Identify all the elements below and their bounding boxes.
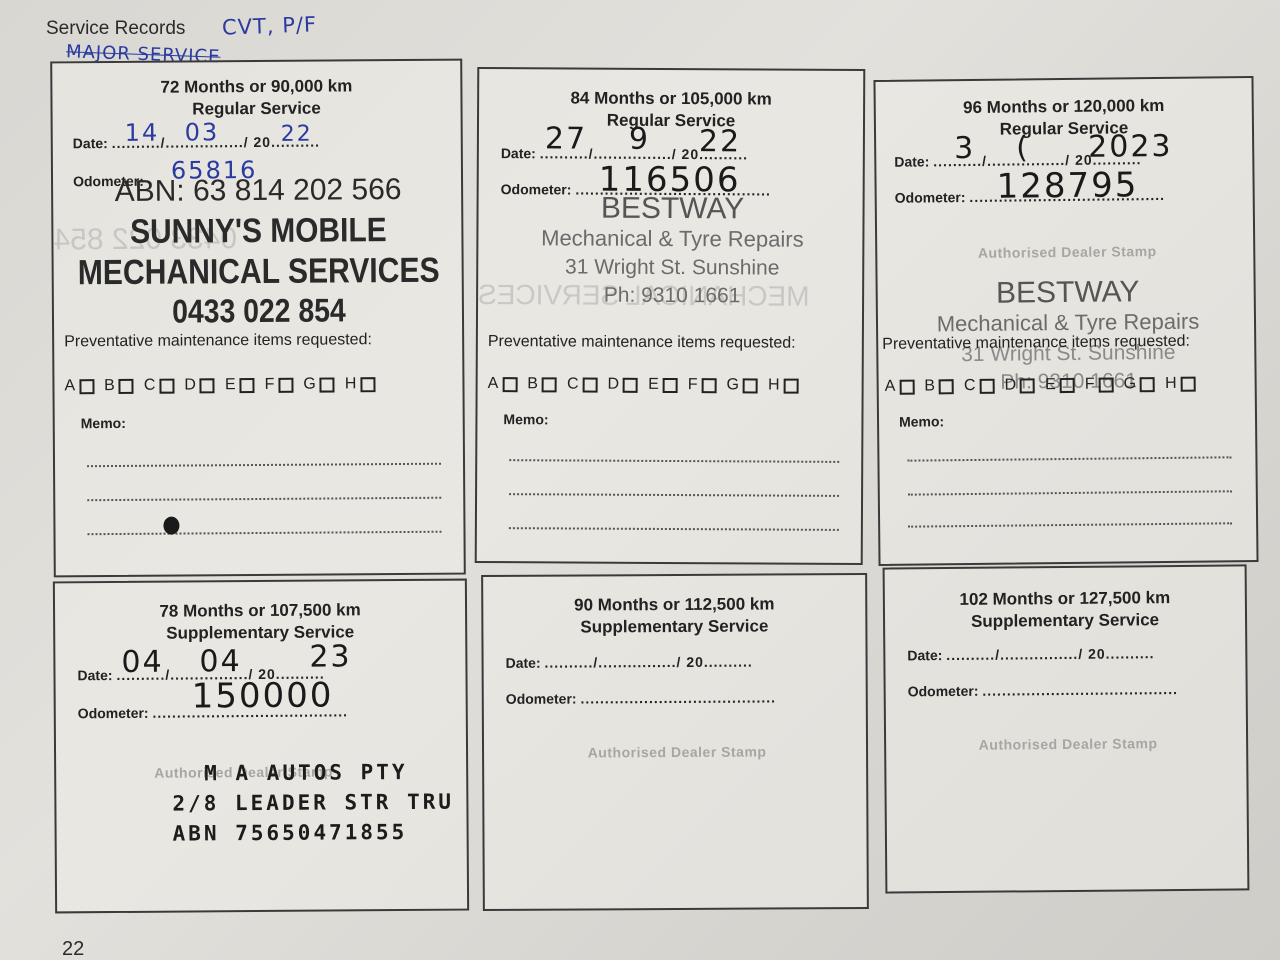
memo-line[interactable] <box>87 497 441 501</box>
date-year[interactable]: 22 <box>281 122 313 147</box>
authorised-dealer-stamp-label: Authorised Dealer Stamp <box>886 734 1250 753</box>
stamp-business-name-1: SUNNY'S MOBILE <box>78 211 439 253</box>
card-service-type: Supplementary Service <box>885 608 1245 633</box>
odometer-label: Odometer: <box>895 189 966 206</box>
stamp-line-2: 2/8 LEADER STR TRU <box>172 787 454 820</box>
checkbox-h[interactable] <box>1181 376 1196 391</box>
checkbox-e[interactable] <box>663 377 678 392</box>
stamp-abn: ABN: 63 814 202 566 <box>53 173 463 210</box>
date-day[interactable]: 3 <box>954 131 975 166</box>
checkbox-e[interactable] <box>1060 377 1075 392</box>
memo-line[interactable] <box>908 522 1232 527</box>
card-interval: 78 Months or 107,500 km <box>55 599 465 624</box>
stamp-line-3: ABN 75650471855 <box>173 817 408 850</box>
checkbox-f[interactable] <box>702 378 717 393</box>
checkbox-h[interactable] <box>360 377 375 392</box>
checkbox-d[interactable] <box>1020 378 1035 393</box>
checkbox-g[interactable] <box>1140 377 1155 392</box>
date-blank[interactable]: ........../................/ 20.........… <box>946 645 1154 663</box>
stamp-business-name-2: MECHANICAL SERVICES <box>74 251 444 294</box>
memo-line[interactable] <box>509 493 839 497</box>
checkbox-g[interactable] <box>743 378 758 393</box>
memo-line[interactable] <box>87 463 441 467</box>
memo-line[interactable] <box>87 531 441 535</box>
checkbox-d[interactable] <box>200 378 215 393</box>
service-card-72-months: 72 Months or 90,000 km Regular Service D… <box>50 59 466 578</box>
service-card-78-months: 78 Months or 107,500 km Supplementary Se… <box>53 579 469 914</box>
odometer-blank[interactable]: ........................................ <box>982 681 1178 699</box>
date-month[interactable]: 04 <box>199 644 241 679</box>
stamp-business-name: BESTWAY <box>878 274 1258 312</box>
checkbox-g[interactable] <box>320 377 335 392</box>
odometer-value[interactable]: 150000 <box>192 675 334 716</box>
stamp-subtitle: Mechanical & Tyre Repairs <box>478 225 866 253</box>
checkbox-b[interactable] <box>939 379 954 394</box>
pm-requested-label: Preventative maintenance items requested… <box>488 333 796 353</box>
memo-label: Memo: <box>81 415 126 431</box>
pm-checkbox-row: A B C D E F G H <box>885 375 1202 396</box>
authorised-dealer-stamp-label: Authorised Dealer Stamp <box>877 242 1257 262</box>
memo-label: Memo: <box>899 413 944 429</box>
stamp-business-name: BESTWAY <box>478 191 866 227</box>
checkbox-c[interactable] <box>980 378 995 393</box>
date-month[interactable]: 9 <box>629 122 650 157</box>
card-interval: 84 Months or 105,000 km <box>479 87 863 111</box>
ink-smudge <box>163 517 179 535</box>
date-day[interactable]: 27 <box>545 121 587 156</box>
pm-requested-label: Preventative maintenance items requested… <box>64 331 372 351</box>
date-month[interactable]: ( <box>1016 130 1030 165</box>
checkbox-c[interactable] <box>159 378 174 393</box>
checkbox-a[interactable] <box>502 377 517 392</box>
card-interval: 72 Months or 90,000 km <box>52 75 460 100</box>
service-card-84-months: 84 Months or 105,000 km Regular Service … <box>475 67 866 565</box>
checkbox-f[interactable] <box>278 377 293 392</box>
checkbox-b[interactable] <box>542 377 557 392</box>
authorised-dealer-stamp-label: Authorised Dealer Stamp <box>484 743 870 761</box>
checkbox-h[interactable] <box>784 378 799 393</box>
checkbox-f[interactable] <box>1099 377 1114 392</box>
odometer-label: Odometer: <box>506 691 577 707</box>
handwritten-note: CVT, P/F <box>222 12 318 39</box>
pm-requested-label: Preventative maintenance items requested… <box>882 333 1190 354</box>
card-service-type: Supplementary Service <box>55 621 465 646</box>
date-month[interactable]: 03 <box>185 118 220 146</box>
odometer-label: Odometer: <box>78 705 149 721</box>
stamp-phone: 0433 022 854 <box>83 291 436 331</box>
date-label: Date: <box>73 135 108 151</box>
memo-line[interactable] <box>908 490 1232 495</box>
date-label: Date: <box>77 667 112 683</box>
date-year[interactable]: 2023 <box>1088 129 1173 165</box>
date-day[interactable]: 04 <box>121 645 163 680</box>
date-blank[interactable]: ........../................/ 20.........… <box>544 654 752 671</box>
odometer-value[interactable]: 128795 <box>996 165 1138 206</box>
date-year[interactable]: 23 <box>309 639 351 674</box>
checkbox-d[interactable] <box>623 377 638 392</box>
pm-checkbox-row: A B C D E F G H <box>488 375 805 395</box>
card-service-type: Supplementary Service <box>483 615 865 639</box>
odometer-blank[interactable]: ........................................ <box>580 689 776 706</box>
date-day[interactable]: 14 <box>125 119 160 147</box>
checkbox-e[interactable] <box>240 378 255 393</box>
date-year[interactable]: 22 <box>699 124 741 159</box>
checkbox-a[interactable] <box>79 379 94 394</box>
date-label: Date: <box>506 655 541 671</box>
card-service-type: Regular Service <box>479 109 863 133</box>
card-interval: 102 Months or 127,500 km <box>885 586 1245 611</box>
service-card-102-months: 102 Months or 127,500 km Supplementary S… <box>883 564 1250 893</box>
card-service-type: Regular Service <box>52 97 460 122</box>
date-label: Date: <box>894 153 929 169</box>
stamp-line-1: M A AUTOS PTY <box>204 757 408 789</box>
page-header: Service Records <box>46 18 185 40</box>
card-interval: 90 Months or 112,500 km <box>483 593 865 617</box>
date-label: Date: <box>501 145 536 161</box>
card-service-type: Regular Service <box>876 116 1252 142</box>
memo-line[interactable] <box>509 459 839 463</box>
checkbox-c[interactable] <box>583 377 598 392</box>
service-card-96-months: 96 Months or 120,000 km Regular Service … <box>873 76 1258 566</box>
date-label: Date: <box>907 647 942 663</box>
stamp-address: 31 Wright St. Sunshine <box>478 255 866 281</box>
odometer-label: Odometer: <box>908 683 979 700</box>
checkbox-b[interactable] <box>119 378 134 393</box>
stamp-phone: Ph: 9310 1661 <box>478 283 866 309</box>
memo-line[interactable] <box>907 456 1231 461</box>
service-card-90-months: 90 Months or 112,500 km Supplementary Se… <box>481 573 869 911</box>
memo-line[interactable] <box>509 527 839 531</box>
memo-label: Memo: <box>503 411 548 427</box>
pm-checkbox-row: A B C D E F G H <box>64 375 381 395</box>
page-number: 22 <box>62 938 84 960</box>
checkbox-a[interactable] <box>899 379 914 394</box>
